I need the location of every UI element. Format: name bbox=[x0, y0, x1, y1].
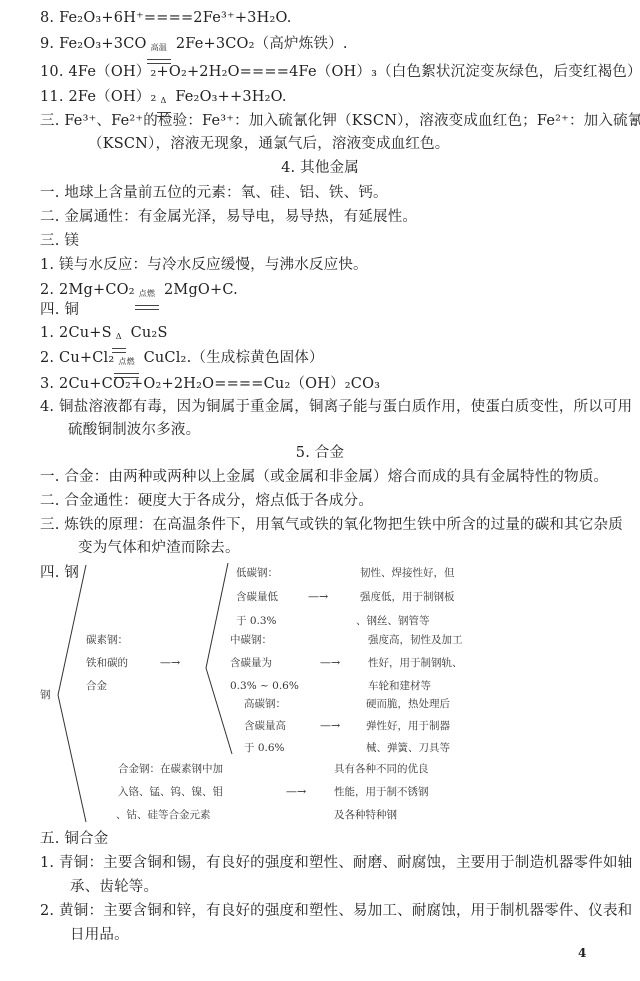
alloy-steel-name: 入铬、锰、钨、镍、钼 bbox=[118, 785, 223, 799]
carbon-steel-line: 铁和碳的 bbox=[86, 656, 128, 670]
mid-carbon-name: 中碳钢： bbox=[230, 633, 272, 647]
low-carbon-name: 于 0.3% bbox=[236, 614, 277, 628]
bronze-line2: 承、齿轮等。 bbox=[70, 877, 158, 897]
low-carbon-name: 低碳钢： bbox=[236, 566, 278, 580]
low-carbon-desc: 、钢丝、钢管等 bbox=[356, 614, 430, 628]
high-carbon-desc: 械、弹簧、刀具等 bbox=[366, 741, 450, 755]
alloy-steel-desc: 性能，用于制不锈钢 bbox=[334, 785, 429, 799]
high-carbon-desc: 硬而脆，热处理后 bbox=[366, 697, 450, 711]
arrow-icon: —→ bbox=[286, 785, 306, 798]
brass-line2: 日用品。 bbox=[70, 925, 129, 945]
alloy-steel-desc: 及各种特种钢 bbox=[334, 808, 397, 822]
carbon-steel-line: 合金 bbox=[86, 679, 107, 693]
low-carbon-desc: 强度低，用于制钢板 bbox=[360, 590, 455, 604]
high-carbon-name: 含碳量高 bbox=[244, 719, 286, 733]
arrow-icon: —→ bbox=[308, 590, 328, 603]
alloy-steel-desc: 具有各种不同的优良 bbox=[334, 762, 429, 776]
mid-carbon-desc: 车轮和建材等 bbox=[368, 679, 431, 693]
brass-line1: 2. 黄铜：主要含铜和锌，有良好的强度和塑性、易加工、耐腐蚀，用于制机器零件、仪… bbox=[40, 901, 632, 921]
arrow-icon: —→ bbox=[160, 656, 180, 669]
copper-alloy-heading: 五. 铜合金 bbox=[40, 829, 108, 849]
alloy-steel-name: 、钴、硅等合金元素 bbox=[116, 808, 211, 822]
mid-carbon-desc: 性好，用于制钢轨、 bbox=[368, 656, 463, 670]
steel-root-label: 钢 bbox=[40, 688, 51, 702]
mid-carbon-name: 0.3% ~ 0.6% bbox=[230, 679, 299, 693]
low-carbon-desc: 韧性、焊接性好，但 bbox=[360, 566, 455, 580]
arrow-icon: —→ bbox=[320, 719, 340, 732]
mid-carbon-desc: 强度高，韧性及加工 bbox=[368, 633, 463, 647]
carbon-steel-line: 碳素钢： bbox=[86, 633, 128, 647]
arrow-icon: —→ bbox=[320, 656, 340, 669]
high-carbon-name: 高碳钢： bbox=[244, 697, 286, 711]
page-number: 4 bbox=[578, 946, 586, 960]
high-carbon-desc: 弹性好，用于制器 bbox=[366, 719, 450, 733]
high-carbon-name: 于 0.6% bbox=[244, 741, 285, 755]
mid-carbon-name: 含碳量为 bbox=[230, 656, 272, 670]
bronze-line1: 1. 青铜：主要含铜和锡，有良好的强度和塑性、耐磨、耐腐蚀，主要用于制造机器零件… bbox=[40, 853, 632, 873]
alloy-steel-name: 合金钢：在碳素钢中加 bbox=[118, 762, 223, 776]
low-carbon-name: 含碳量低 bbox=[236, 590, 278, 604]
